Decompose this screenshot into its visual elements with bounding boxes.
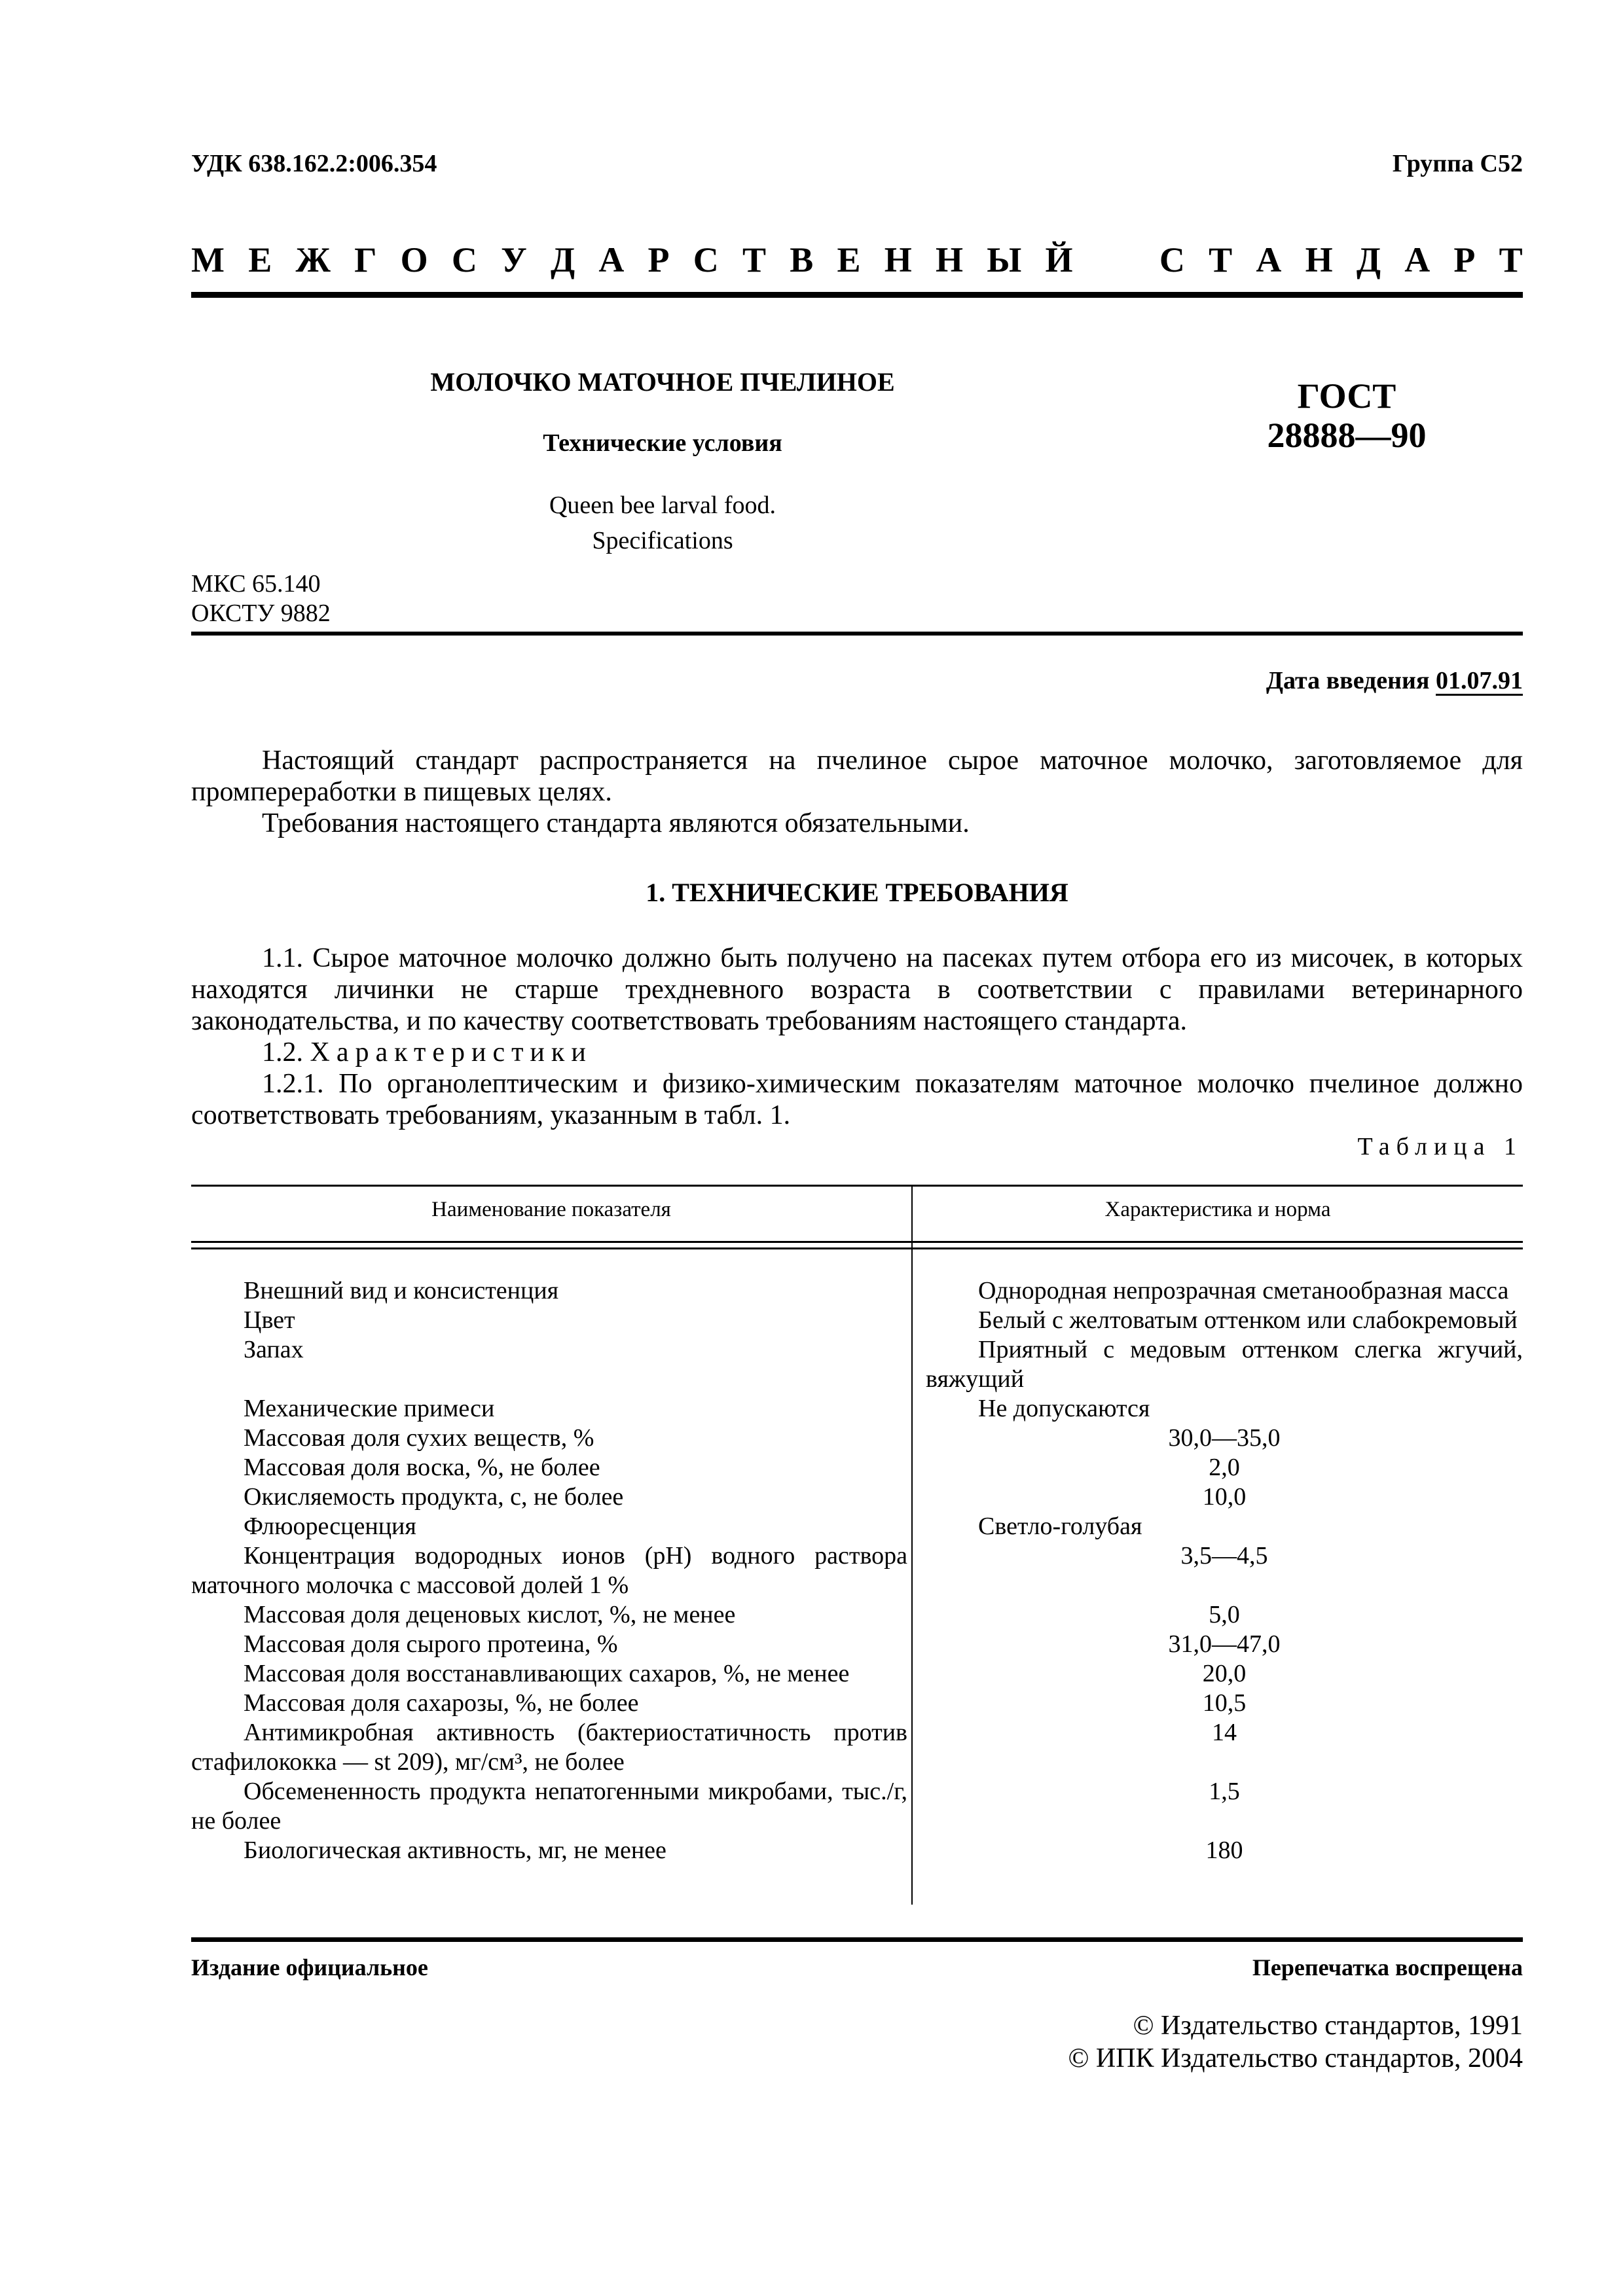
table-row: Биологическая активность, мг, не менее18… (191, 1836, 1523, 1865)
indicator-name: Механические примеси (191, 1394, 907, 1424)
norm-value: 3,5—4,5 (926, 1541, 1523, 1571)
udk-code: УДК 638.162.2:006.354 (191, 149, 437, 178)
table-top-border (191, 1185, 1523, 1187)
indicator-name: Массовая доля восстанавливающих сахаров,… (191, 1659, 907, 1689)
okstu-code: ОКСТУ 9882 (191, 599, 331, 628)
indicator-name: Обсемененность продукта непатогенными ми… (191, 1777, 907, 1836)
indicator-cell: Массовая доля сырого протеина, % (191, 1630, 911, 1659)
indicator-cell: Обсемененность продукта непатогенными ми… (191, 1777, 911, 1836)
banner-letter: Ж (295, 242, 330, 278)
banner-letter: Е (837, 242, 860, 278)
banner-letter: А (1256, 242, 1281, 278)
norm-cell: 5,0 (911, 1600, 1523, 1630)
gost-number: 28888—90 (1213, 416, 1481, 455)
banner-letter: Т (1209, 242, 1232, 278)
table-header-border (191, 1247, 1523, 1249)
indicator-name: Цвет (191, 1306, 907, 1335)
table-row: Массовая доля деценовых кислот, %, не ме… (191, 1600, 1523, 1630)
banner-letter: Н (884, 242, 912, 278)
indicator-name: Концентрация водородных ионов (рН) водно… (191, 1541, 907, 1600)
banner-letter: М (191, 242, 225, 278)
intro-date-label: Дата введения (1266, 667, 1430, 694)
norm-value: 30,0—35,0 (926, 1424, 1523, 1453)
english-title-line1: Queen bee larval food. (191, 488, 1134, 523)
indicator-name: Биологическая активность, мг, не менее (191, 1836, 907, 1865)
indicator-cell: Массовая доля деценовых кислот, %, не ме… (191, 1600, 911, 1630)
norm-value: Белый с желтоватым оттенком или слабокре… (926, 1306, 1523, 1335)
indicator-name: Массовая доля сырого протеина, % (191, 1630, 907, 1659)
banner-letter: С (1159, 242, 1185, 278)
intro-paragraphs: Настоящий стандарт распространяется на п… (191, 745, 1523, 839)
indicator-name: Массовая доля сухих веществ, % (191, 1424, 907, 1453)
table-row: ЗапахПриятный с медовым оттенком слегка … (191, 1335, 1523, 1394)
indicator-cell: Массовая доля сухих веществ, % (191, 1424, 911, 1453)
norm-value: 31,0—47,0 (926, 1630, 1523, 1659)
column-header-norm: Характеристика и норма (913, 1198, 1523, 1222)
banner-letter: Ы (987, 242, 1021, 278)
copyright-block: © Издательство стандартов, 1991 © ИПК Из… (1068, 2009, 1523, 2075)
section-1-body: 1.1. Сырое маточное молочко должно быть … (191, 942, 1523, 1131)
table-row: Внешний вид и консистенцияОднородная неп… (191, 1276, 1523, 1306)
english-title-line2: Specifications (191, 523, 1134, 558)
norm-cell: 14 (911, 1718, 1523, 1777)
intro-date-value: 01.07.91 (1436, 667, 1523, 694)
column-header-indicator: Наименование показателя (191, 1198, 911, 1222)
norm-value: Однородная непрозрачная сметанообразная … (926, 1276, 1523, 1306)
title-rule (191, 632, 1523, 636)
table-row: Антимикробная активность (бактериостатич… (191, 1718, 1523, 1777)
clause-1-2-title: Характеристики (310, 1037, 593, 1067)
norm-cell: 180 (911, 1836, 1523, 1865)
indicator-cell: Цвет (191, 1306, 911, 1335)
norm-value: Приятный с медовым оттенком слегка жгучи… (926, 1335, 1523, 1394)
norm-cell: Белый с желтоватым оттенком или слабокре… (911, 1306, 1523, 1335)
banner-letter: Г (354, 242, 376, 278)
norm-value: 180 (926, 1836, 1523, 1865)
banner-letter: Д (1357, 242, 1381, 278)
official-edition-label: Издание официальное (191, 1954, 428, 1981)
banner-letter: А (598, 242, 624, 278)
indicator-name: Массовая доля сахарозы, %, не более (191, 1689, 907, 1718)
copyright-2004: © ИПК Издательство стандартов, 2004 (1068, 2042, 1523, 2075)
gost-designation: ГОСТ 28888—90 (1213, 376, 1481, 455)
banner-letter: Т (1499, 242, 1523, 278)
table-row: Массовая доля восстанавливающих сахаров,… (191, 1659, 1523, 1689)
table-header-border (191, 1241, 1523, 1243)
clause-1-2: 1.2. Характеристики (191, 1037, 1523, 1068)
norm-value: 14 (926, 1718, 1523, 1748)
norm-value: 1,5 (926, 1777, 1523, 1806)
table-row: ФлюоресценцияСветло-голубая (191, 1512, 1523, 1541)
gost-label: ГОСТ (1213, 376, 1481, 416)
indicator-cell: Внешний вид и консистенция (191, 1276, 911, 1306)
table-row: Концентрация водородных ионов (рН) водно… (191, 1541, 1523, 1600)
document-title: МОЛОЧКО МАТОЧНОЕ ПЧЕЛИНОЕ (191, 367, 1134, 397)
norm-value: 2,0 (926, 1453, 1523, 1482)
norm-value: 10,5 (926, 1689, 1523, 1718)
norm-value: 10,0 (926, 1482, 1523, 1512)
banner-letter: Н (1305, 242, 1333, 278)
norm-cell: 31,0—47,0 (911, 1630, 1523, 1659)
mandatory-paragraph: Требования настоящего стандарта являются… (191, 808, 1523, 839)
banner-letter: Н (936, 242, 963, 278)
clause-1-2-number: 1.2. (262, 1037, 303, 1067)
norm-cell: 1,5 (911, 1777, 1523, 1836)
norm-cell: 10,5 (911, 1689, 1523, 1718)
norm-value: Не допускаются (926, 1394, 1523, 1424)
banner-letter: С (693, 242, 719, 278)
norm-cell: 10,0 (911, 1482, 1523, 1512)
copyright-1991: © Издательство стандартов, 1991 (1068, 2009, 1523, 2042)
indicator-cell: Окисляемость продукта, с, не более (191, 1482, 911, 1512)
norm-value: 5,0 (926, 1600, 1523, 1630)
table-row: Окисляемость продукта, с, не более10,0 (191, 1482, 1523, 1512)
indicator-cell: Массовая доля восстанавливающих сахаров,… (191, 1659, 911, 1689)
table-row: Массовая доля сухих веществ, %30,0—35,0 (191, 1424, 1523, 1453)
banner-letter: Р (1453, 242, 1475, 278)
indicator-name: Массовая доля деценовых кислот, %, не ме… (191, 1600, 907, 1630)
banner-letter: А (1404, 242, 1430, 278)
section-title: 1. ТЕХНИЧЕСКИЕ ТРЕБОВАНИЯ (191, 877, 1523, 908)
indicator-cell: Запах (191, 1335, 911, 1394)
group-code: Группа С52 (1393, 149, 1523, 178)
table-body: Внешний вид и консистенцияОднородная неп… (191, 1276, 1523, 1865)
english-title: Queen bee larval food. Specifications (191, 488, 1134, 558)
indicator-cell: Антимикробная активность (бактериостатич… (191, 1718, 911, 1777)
table-caption: Таблица 1 (1357, 1132, 1523, 1161)
banner-letter: О (401, 242, 428, 278)
footer-rule (191, 1937, 1523, 1942)
clause-1-1: 1.1. Сырое маточное молочко должно быть … (191, 942, 1523, 1037)
table-row: Обсемененность продукта непатогенными ми… (191, 1777, 1523, 1836)
document-subtitle: Технические условия (191, 429, 1134, 457)
standard-type-banner: МЕЖГОСУДАРСТВЕННЫЙСТАНДАРТ (191, 242, 1523, 278)
indicator-cell: Флюоресценция (191, 1512, 911, 1541)
table-row: Массовая доля сырого протеина, %31,0—47,… (191, 1630, 1523, 1659)
norm-cell: 2,0 (911, 1453, 1523, 1482)
header-rule (191, 292, 1523, 298)
norm-cell: Светло-голубая (911, 1512, 1523, 1541)
table-row: ЦветБелый с желтоватым оттенком или слаб… (191, 1306, 1523, 1335)
table-row: Массовая доля сахарозы, %, не более10,5 (191, 1689, 1523, 1718)
classification-codes: МКС 65.140 ОКСТУ 9882 (191, 569, 331, 628)
norm-cell: 3,5—4,5 (911, 1541, 1523, 1600)
norm-cell: Однородная непрозрачная сметанообразная … (911, 1276, 1523, 1306)
banner-letter: Т (742, 242, 766, 278)
banner-letter: Й (1045, 242, 1072, 278)
norm-value: Светло-голубая (926, 1512, 1523, 1541)
table-row: Массовая доля воска, %, не более2,0 (191, 1453, 1523, 1482)
banner-letter: С (452, 242, 477, 278)
indicator-name: Внешний вид и консистенция (191, 1276, 907, 1306)
table-row: Механические примесиНе допускаются (191, 1394, 1523, 1424)
banner-letter: Д (551, 242, 575, 278)
scope-paragraph: Настоящий стандарт распространяется на п… (191, 745, 1523, 808)
indicator-cell: Биологическая активность, мг, не менее (191, 1836, 911, 1865)
norm-cell: 30,0—35,0 (911, 1424, 1523, 1453)
banner-letter: У (501, 242, 527, 278)
banner-letter: В (790, 242, 813, 278)
indicator-name: Массовая доля воска, %, не более (191, 1453, 907, 1482)
norm-cell: 20,0 (911, 1659, 1523, 1689)
banner-word-gap (1097, 242, 1136, 278)
indicator-name: Окисляемость продукта, с, не более (191, 1482, 907, 1512)
indicator-cell: Массовая доля сахарозы, %, не более (191, 1689, 911, 1718)
norm-cell: Приятный с медовым оттенком слегка жгучи… (911, 1335, 1523, 1394)
norm-value: 20,0 (926, 1659, 1523, 1689)
norm-cell: Не допускаются (911, 1394, 1523, 1424)
indicator-name: Флюоресценция (191, 1512, 907, 1541)
banner-letter: Е (248, 242, 272, 278)
indicator-cell: Механические примеси (191, 1394, 911, 1424)
indicator-cell: Массовая доля воска, %, не более (191, 1453, 911, 1482)
clause-1-2-1: 1.2.1. По органолептическим и физико-хим… (191, 1068, 1523, 1131)
indicator-name: Запах (191, 1335, 907, 1365)
reprint-notice: Перепечатка воспрещена (1252, 1954, 1523, 1981)
indicator-cell: Концентрация водородных ионов (рН) водно… (191, 1541, 911, 1600)
mks-code: МКС 65.140 (191, 569, 331, 599)
indicator-name: Антимикробная активность (бактериостатич… (191, 1718, 907, 1777)
banner-letter: Р (648, 242, 670, 278)
intro-date: Дата введения 01.07.91 (1266, 666, 1523, 695)
